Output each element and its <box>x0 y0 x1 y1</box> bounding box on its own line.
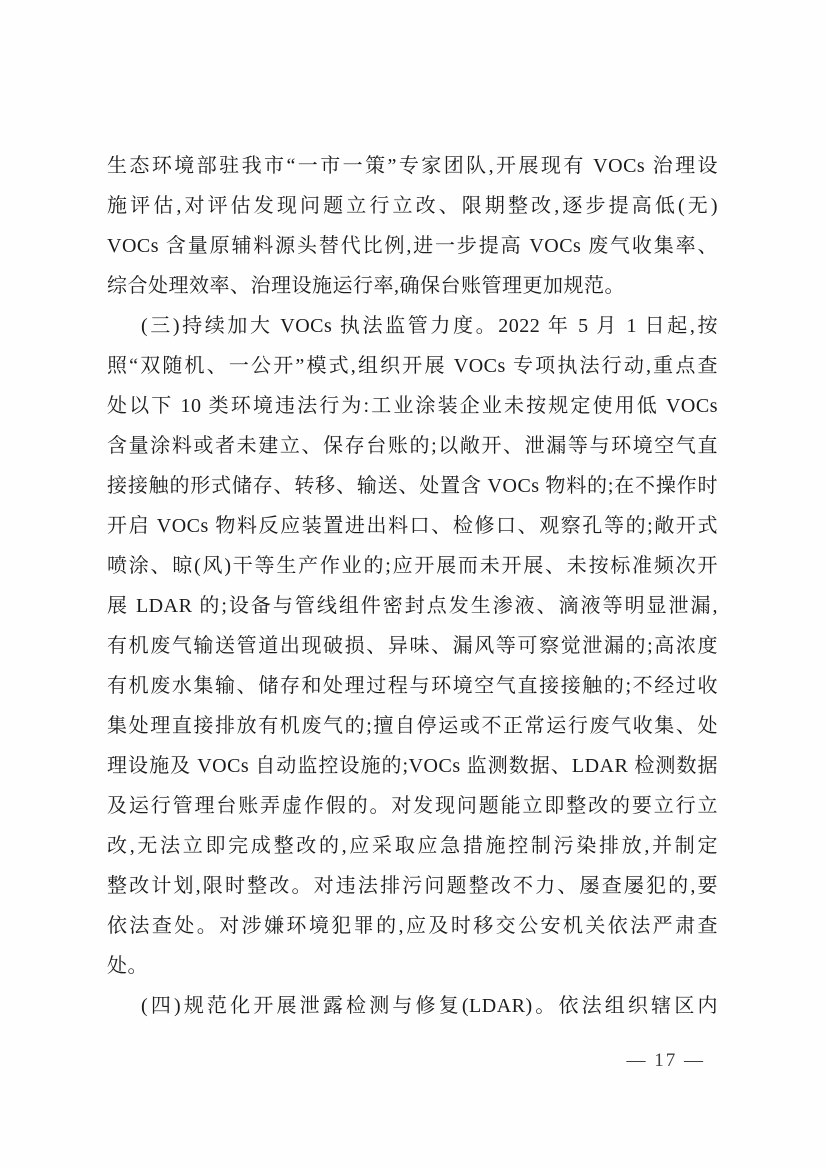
text-line: 及运行管理台账弄虚作假的。对发现问题能立即整改的要立行立 <box>107 786 718 826</box>
document-body: 生态环境部驻我市“一市一策”专家团队,开展现有 VOCs 治理设 施评估,对评估… <box>107 146 718 1026</box>
text-line: 含量涂料或者未建立、保存台账的;以敞开、泄漏等与环境空气直 <box>107 426 718 466</box>
text-line: 喷涂、晾(风)干等生产作业的;应开展而未开展、未按标准频次开 <box>107 546 718 586</box>
document-page: 生态环境部驻我市“一市一策”专家团队,开展现有 VOCs 治理设 施评估,对评估… <box>0 0 826 1168</box>
text-line-section-3-heading: (三)持续加大 VOCs 执法监管力度。2022 年 5 月 1 日起,按 <box>107 306 718 346</box>
text-line: 开启 VOCs 物料反应装置进出料口、检修口、观察孔等的;敞开式 <box>107 506 718 546</box>
text-line: 依法查处。对涉嫌环境犯罪的,应及时移交公安机关依法严肃查 <box>107 906 718 946</box>
text-line: 展 LDAR 的;设备与管线组件密封点发生渗液、滴液等明显泄漏, <box>107 586 718 626</box>
text-line: 理设施及 VOCs 自动监控设施的;VOCs 监测数据、LDAR 检测数据 <box>107 746 718 786</box>
page-number: — 17 — <box>627 1044 706 1078</box>
text-line: 接接触的形式储存、转移、输送、处置含 VOCs 物料的;在不操作时 <box>107 466 718 506</box>
text-line: 生态环境部驻我市“一市一策”专家团队,开展现有 VOCs 治理设 <box>107 146 718 186</box>
text-line: 照“双随机、一公开”模式,组织开展 VOCs 专项执法行动,重点查 <box>107 346 718 386</box>
text-line: VOCs 含量原辅料源头替代比例,进一步提高 VOCs 废气收集率、 <box>107 226 718 266</box>
text-line: 改,无法立即完成整改的,应采取应急措施控制污染排放,并制定 <box>107 826 718 866</box>
text-line: 有机废气输送管道出现破损、异味、漏风等可察觉泄漏的;高浓度 <box>107 626 718 666</box>
text-line-section-4-heading: (四)规范化开展泄露检测与修复(LDAR)。依法组织辖区内 <box>107 986 718 1026</box>
text-line: 处。 <box>107 946 718 986</box>
text-line: 有机废水集输、储存和处理过程与环境空气直接接触的;不经过收 <box>107 666 718 706</box>
text-line: 综合处理效率、治理设施运行率,确保台账管理更加规范。 <box>107 266 718 306</box>
text-line: 集处理直接排放有机废气的;擅自停运或不正常运行废气收集、处 <box>107 706 718 746</box>
text-line: 施评估,对评估发现问题立行立改、限期整改,逐步提高低(无) <box>107 186 718 226</box>
text-line: 整改计划,限时整改。对违法排污问题整改不力、屡查屡犯的,要 <box>107 866 718 906</box>
text-line: 处以下 10 类环境违法行为:工业涂装企业未按规定使用低 VOCs <box>107 386 718 426</box>
